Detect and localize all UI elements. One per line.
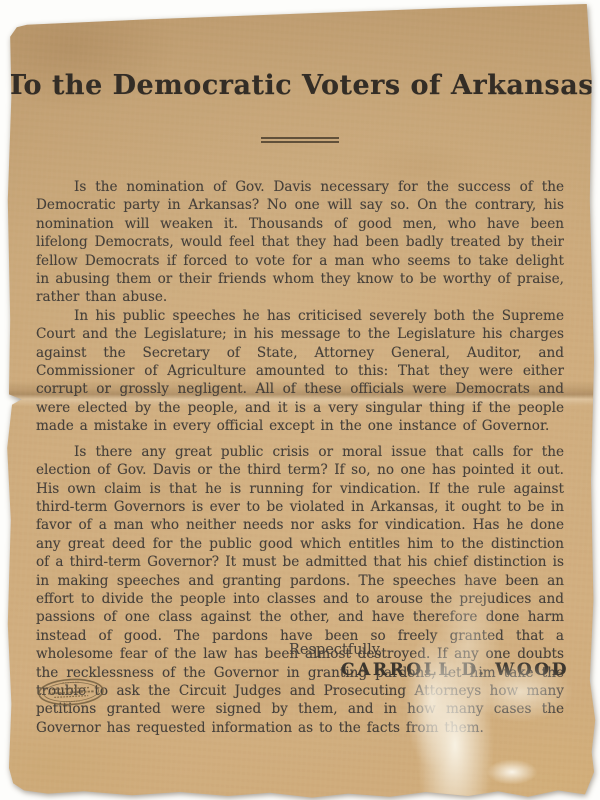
- signature-name: CARROLL D. WOOD: [341, 660, 569, 680]
- paper-sheet: To the Democratic Voters of Arkansas Is …: [0, 0, 600, 800]
- divider-line-bottom: [261, 141, 339, 143]
- paragraph-2: In his public speeches he has criticised…: [36, 307, 564, 436]
- title-divider: [261, 137, 339, 145]
- divider-line-top: [261, 137, 339, 139]
- page-title: To the Democratic Voters of Arkansas: [0, 70, 600, 101]
- paper-shadow-wrap: To the Democratic Voters of Arkansas Is …: [0, 0, 600, 800]
- paragraph-1: Is the nomination of Gov. Davis necessar…: [36, 178, 564, 307]
- paragraph-3: Is there any great public crisis or mora…: [36, 443, 564, 738]
- closing-salutation: Respectfully,: [289, 642, 383, 658]
- printers-union-label-icon: [35, 674, 107, 710]
- scanned-page-background: To the Democratic Voters of Arkansas Is …: [0, 0, 600, 800]
